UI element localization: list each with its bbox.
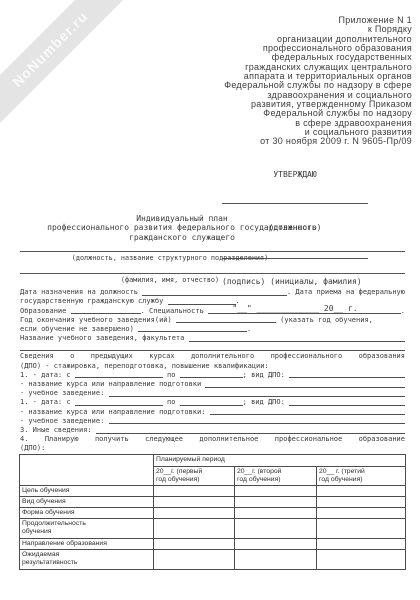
field-line-education-speciality: Образование . Специальность .	[20, 306, 405, 315]
fio-blank-line	[20, 273, 405, 274]
position-unit-caption: (должность, название структурного подраз…	[20, 254, 320, 262]
row-label: Вид обучения	[20, 497, 154, 508]
table-cell	[235, 508, 317, 519]
field-label: 1. - дата: с	[20, 371, 75, 380]
field-label: . Дата приема на федеральную	[287, 288, 405, 297]
appendix-reference-note: Приложение N 1 к Порядку организации доп…	[224, 16, 412, 147]
field-label: - учебное заведение:	[20, 389, 109, 398]
field-label: Дата назначения на должность	[20, 288, 142, 297]
blank-fill	[176, 320, 276, 323]
planned-dpo-heading: 4. Планирую получить следующее дополните…	[20, 435, 405, 444]
table-cell	[154, 539, 235, 550]
blank-fill	[109, 421, 405, 424]
table-cell	[235, 550, 317, 570]
row-label: Цель обучения	[20, 486, 154, 497]
table-cell	[154, 508, 235, 519]
planned-dpo-heading-tail: (ДПО):	[20, 444, 405, 453]
field-label: по	[163, 371, 180, 380]
blank-fill	[289, 375, 405, 378]
field-label: (ДПО) - стажировка, переподготовка, повы…	[20, 362, 269, 371]
dpo-history-heading: Сведения о предыдущих курсах дополнитель…	[20, 352, 405, 361]
table-cell	[317, 508, 406, 519]
year2-header: 20__г. (второй год обучения)	[235, 467, 317, 486]
row-label: Форма обучения	[20, 508, 154, 519]
table-cell	[154, 550, 235, 570]
field-label: по	[163, 398, 180, 407]
blank-fill	[180, 375, 243, 378]
blank-fill	[138, 329, 247, 332]
dpo-history-subheading: (ДПО) - стажировка, переподготовка, повы…	[20, 362, 405, 371]
blank-fill	[142, 293, 287, 296]
dpo-item2-course-line: - название курса или направление подгото…	[20, 407, 405, 416]
field-label: - учебное заведение:	[20, 417, 109, 426]
field-line-graduation-year: Год окончания учебного заведения(ий) (ук…	[20, 316, 405, 325]
watermark-text: NoNumber.ru	[9, 8, 91, 90]
dpo-item1-date-line: 1. - дата: с по ; вид ДПО:	[20, 371, 405, 380]
field-label: .	[247, 325, 251, 334]
position-unit-blank-line	[20, 251, 405, 252]
field-label: - название курса или направление подгото…	[20, 408, 210, 417]
dpo-item1-school-line: - учебное заведение:	[20, 389, 405, 398]
blank-fill	[205, 385, 405, 388]
blank-fill	[96, 431, 405, 434]
field-label: ; вид ДПО:	[243, 398, 289, 407]
dpo-item1-course-line: - название курса или направление подгото…	[20, 380, 405, 389]
fio-caption: (фамилия, имя, отчество)	[20, 276, 320, 284]
row-label: Ожидаемая результативность	[20, 550, 154, 570]
form-body: Дата назначения на должность . Дата прие…	[20, 288, 405, 453]
watermark-ribbon: NoNumber.ru	[0, 0, 133, 132]
blank-fill	[71, 311, 141, 314]
blank-fill	[189, 339, 405, 342]
field-label: . Специальность	[141, 307, 208, 316]
field-label: государственную гражданскую службу	[20, 297, 168, 306]
table-cell	[235, 519, 317, 539]
field-label: 3. Иные сведения:	[20, 426, 96, 435]
education-plan-table: Планируемый период 20__г. (первый год об…	[19, 454, 406, 570]
field-label: .	[236, 297, 240, 306]
field-line-appointment-date: Дата назначения на должность . Дата прие…	[20, 288, 405, 297]
table-cell	[317, 550, 406, 570]
document-title: Индивидуальный план профессионального ра…	[20, 214, 344, 242]
field-line-institution-name: Название учебного заведения, факультета	[20, 334, 405, 343]
approve-title: УТВЕРЖДАЮ	[222, 170, 368, 179]
blank-fill	[208, 311, 401, 314]
field-label: (указать год обучения,	[276, 316, 373, 325]
field-label: если обучение не завершено)	[20, 325, 138, 334]
table-cell	[317, 539, 406, 550]
field-label: (ДПО):	[20, 444, 45, 453]
table-cell	[235, 497, 317, 508]
field-label: - название курса или направление подгото…	[20, 380, 205, 389]
table-cell	[317, 497, 406, 508]
field-line-service-start-date: государственную гражданскую службу .	[20, 297, 405, 306]
table-cell	[154, 519, 235, 539]
table-cell	[235, 486, 317, 497]
table-cell	[235, 539, 317, 550]
document-page: NoNumber.ru Приложение N 1 к Порядку орг…	[0, 0, 420, 600]
field-label: Название учебного заведения, факультета	[20, 334, 189, 343]
position-blank-line	[222, 197, 368, 204]
field-label: .	[401, 307, 405, 316]
blank-fill	[210, 412, 405, 415]
field-line-continuation	[20, 343, 405, 352]
other-info-line: 3. Иные сведения:	[20, 426, 405, 435]
blank-fill	[75, 375, 163, 378]
dpo-item2-date-line: 1. - дата: с по ; вид ДПО:	[20, 398, 405, 407]
blank-fill	[289, 403, 405, 406]
row-label: Продолжительность обучения	[20, 519, 154, 539]
row-label: Направление образования	[20, 539, 154, 550]
planned-period-header: Планируемый период	[154, 455, 406, 467]
field-label: ; вид ДПО:	[243, 371, 289, 380]
year1-header: 20__г. (первый год обучения)	[154, 467, 235, 486]
year3-header: 20__ г. (третий год обучения)	[317, 467, 406, 486]
blank-fill	[20, 348, 405, 351]
table-cell	[154, 486, 235, 497]
blank-fill	[75, 403, 163, 406]
table-cell	[317, 486, 406, 497]
table-cell	[154, 497, 235, 508]
table-cell	[317, 519, 406, 539]
field-line-not-finished: если обучение не завершено) .	[20, 325, 405, 334]
dpo-item2-school-line: - учебное заведение:	[20, 417, 405, 426]
field-label: 1. - дата: с	[20, 398, 75, 407]
table-corner-cell	[20, 455, 154, 486]
blank-fill	[109, 394, 405, 397]
blank-fill	[180, 403, 243, 406]
field-label: Образование	[20, 307, 71, 316]
blank-fill	[168, 302, 236, 305]
field-label: Год окончания учебного заведения(ий)	[20, 316, 176, 325]
